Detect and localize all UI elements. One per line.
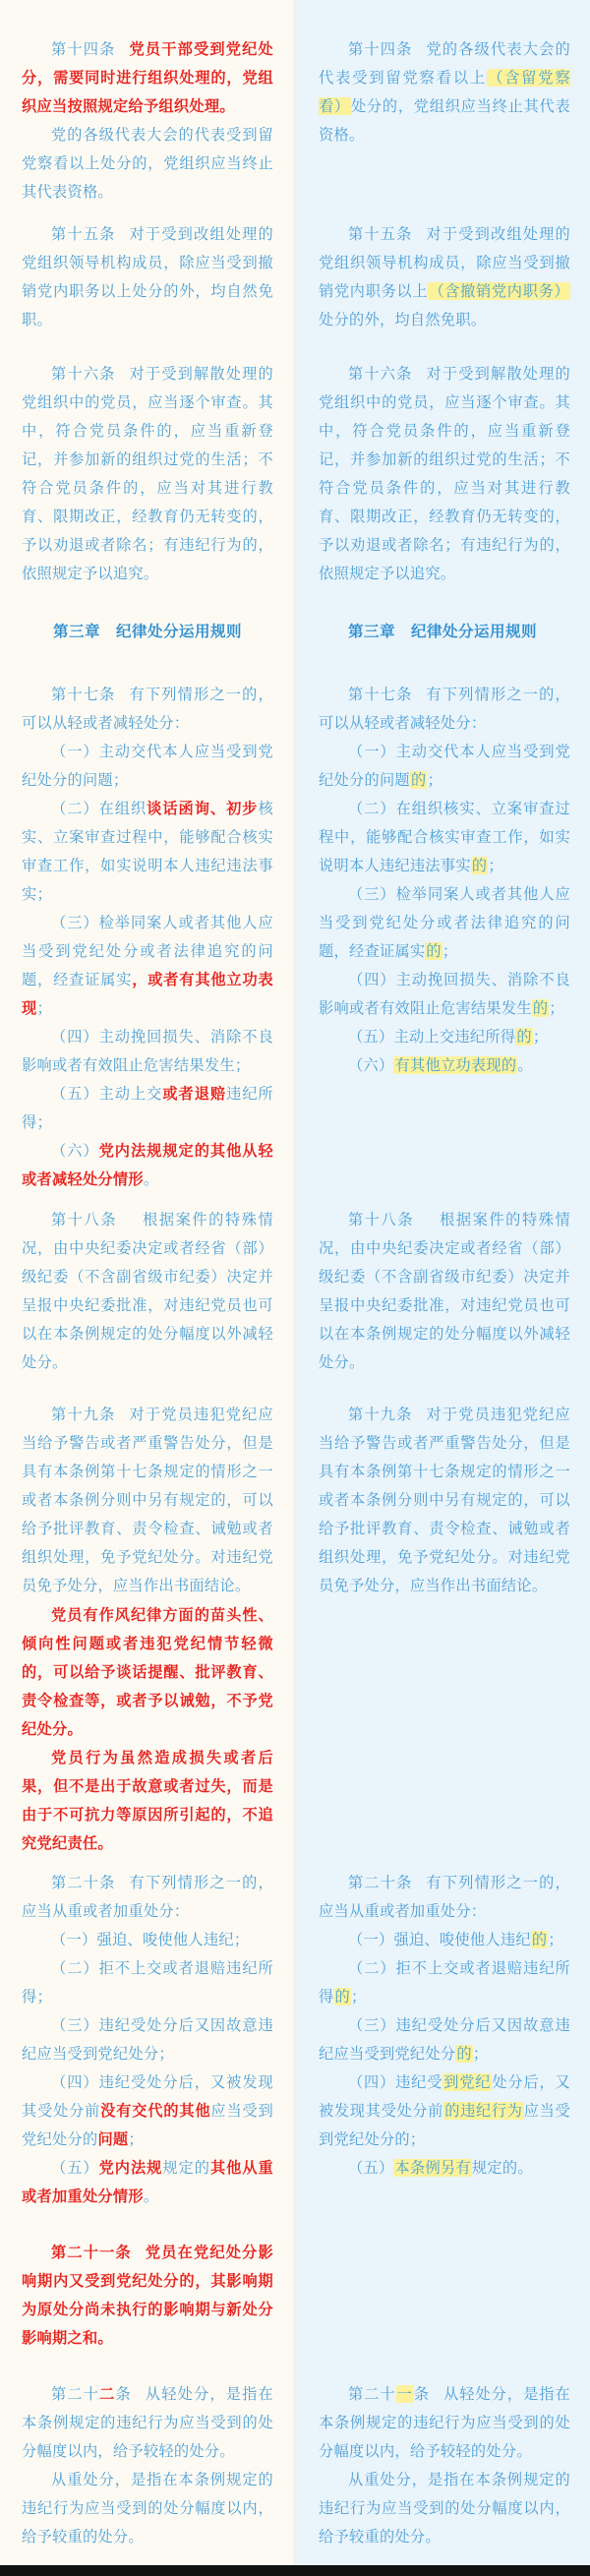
article-label: 第十九条 [348,1406,413,1423]
article-17-old-intro: 第十七条有下列情形之一的，可以从轻或者减轻处分： [319,681,570,738]
article-20-old-item-3: （三）违纪受处分后又因故意违纪应当受到党纪处分的； [319,2011,570,2068]
article-17-old-item-4: （四）主动挽回损失、消除不良影响或者有效阻止危害结果发生的； [319,966,570,1023]
article-label: 第十四条 [51,40,116,58]
article-label: 第十九条 [51,1406,116,1423]
highlighted-text: 的 [455,2045,473,2063]
article-label: 第十五条 [51,225,116,243]
article-17-old-item-6: （六）有其他立功表现的。 [319,1051,570,1080]
article-text: 根据案件的特殊情况，由中央纪委决定或者经省（部）级纪委（不含副省级市纪委）决定并… [22,1211,273,1371]
article-21-old-p2: 从重处分，是指在本条例规定的违纪行为应当受到的处分幅度以内，给予较重的处分。 [319,2466,570,2551]
article-18-new: 第十八条根据案件的特殊情况，由中央纪委决定或者经省（部）级纪委（不含副省级市纪委… [22,1206,273,1377]
article-text: 对于受到解散处理的党组织中的党员，应当逐个审查。其中，符合党员条件的，应当重新登… [22,365,273,582]
item-text: （二）在组织核实、立案审查过程中，能够配合核实审查工作，如实说明本人违纪违法事实 [319,800,570,874]
article-18-old: 第十八条根据案件的特殊情况，由中央纪委决定或者经省（部）级纪委（不含副省级市纪委… [319,1206,570,1377]
article-15-new: 第十五条对于受到改组处理的党组织领导机构成员，除应当受到撤销党内职务以上处分的外… [22,220,273,334]
article-20-old-item-2: （二）拒不上交或者退赔违纪所得的； [319,1954,570,2011]
article-17-new-intro: 第十七条有下列情形之一的，可以从轻或者减轻处分： [22,681,273,738]
article-label: 第十八条 [51,1211,117,1228]
highlighted-text: 本条例另有 [393,2159,471,2177]
item-text: ； [351,1988,367,2006]
article-17-old-item-1: （一）主动交代本人应当受到党纪处分的问题的； [319,738,570,795]
highlighted-number: 一 [396,2385,414,2403]
article-17-new-item-1: （一）主动交代本人应当受到党纪处分的问题； [22,738,273,795]
article-19-new-p3: 党员行为虽然造成损失或者后果，但不是出于故意或者过失，而是由于不可抗力等原因所引… [22,1744,273,1858]
article-label: 第二十二条 [51,2385,132,2403]
item-text: 规定的 [162,2159,210,2177]
highlighted-text: 的 [334,1988,352,2006]
item-text: ； [427,771,442,789]
article-20-new-intro: 第二十条有下列情形之一的，应当从重或者加重处分： [22,1869,273,1926]
article-text: 处分的外，均自然免职。 [319,311,486,329]
added-text: 问题 [97,2130,128,2148]
article-label: 第十六条 [51,365,116,383]
item-text: ； [473,2045,489,2063]
article-20-new-item-4: （四）违纪受处分后，又被发现其受处分前没有交代的其他应当受到党纪处分的问题； [22,2068,273,2154]
highlighted-text: 的 [532,999,550,1017]
item-text: （三）违纪受处分后又因故意违纪应当受到党纪处分 [319,2016,570,2063]
article-label: 第二十一条 [348,2385,430,2403]
article-label: 第二十一条 [51,2244,132,2261]
highlighted-text: 的 [410,771,428,789]
item-text: （五）主动上交违纪所得 [348,1028,515,1046]
article-text: 对于党员违犯党纪应当给予警告或者严重警告处分，但是具有本条例第十七条规定的情形之… [22,1406,273,1594]
article-17-new-item-2: （二）在组织谈话函询、初步核实、立案审查过程中，能够配合核实审查工作，如实说明本… [22,795,273,909]
article-15-old: 第十五条对于受到改组处理的党组织领导机构成员，除应当受到撤销党内职务以上（含撤销… [319,220,570,334]
item-text: ； [549,999,564,1017]
item-text: （五）主动上交 [51,1085,162,1103]
highlighted-text: 的 [531,1931,549,1948]
highlighted-text: （含撤销党内职务） [428,282,570,300]
article-label: 第二十条 [348,1874,413,1891]
article-17-new-item-4: （四）主动挽回损失、消除不良影响或者有效阻止危害结果发生； [22,1023,273,1080]
item-text: （一）主动交代本人应当受到党纪处分的问题 [319,743,570,789]
article-17-new-item-5: （五）主动上交或者退赔违纪所得； [22,1080,273,1137]
article-19-new: 第十九条对于党员违犯党纪应当给予警告或者严重警告处分，但是具有本条例第十七条规定… [22,1401,273,1600]
article-17-new-item-3: （三）检举同案人或者其他人应当受到党纪处分或者法律追究的问题，经查证属实，或者有… [22,909,273,1023]
article-text: 对于受到解散处理的党组织中的党员，应当逐个审查。其中，符合党员条件的，应当重新登… [319,365,570,582]
label-part: 第二十 [348,2385,396,2403]
article-text: 处分的，党组织应当终止其代表资格。 [319,97,570,144]
article-21-old: 第二十一条从轻处分，是指在本条例规定的违纪行为应当受到的处分幅度以内，给予较轻的… [319,2380,570,2466]
article-14-old: 第十四条党的各级代表大会的代表受到留党察看以上（含留党察看）处分的，党组织应当终… [319,35,570,150]
article-20-old-intro: 第二十条有下列情形之一的，应当从重或者加重处分： [319,1869,570,1926]
added-text: 谈话函询、初步 [147,800,258,817]
item-text: （四）违纪受 [348,2073,442,2091]
article-20-new-item-2: （二）拒不上交或者退赔违纪所得； [22,1954,273,2011]
article-20-old-item-1: （一）强迫、唆使他人违纪的； [319,1926,570,1954]
item-text: ； [488,857,503,874]
article-label: 第十七条 [51,686,116,703]
item-text: ； [37,999,53,1017]
highlighted-text: 的 [515,1028,533,1046]
label-part: 条 [414,2385,430,2403]
article-label: 第十四条 [348,40,413,58]
article-text: 对于党员违犯党纪应当给予警告或者严重警告处分，但是具有本条例第十七条规定的情形之… [319,1406,570,1594]
article-19-new-p2: 党员有作风纪律方面的苗头性、倾向性问题或者违犯党纪情节轻微的，可以给予谈话提醒、… [22,1601,273,1744]
article-17-old-item-2: （二）在组织核实、立案审查过程中，能够配合核实审查工作，如实说明本人违纪违法事实… [319,795,570,880]
item-text: 。 [144,2187,159,2205]
item-text: 。 [144,1170,159,1188]
article-20-new-item-5: （五）党内法规规定的其他从重或者加重处分情形。 [22,2154,273,2211]
article-16-new: 第十六条对于受到解散处理的党组织中的党员，应当逐个审查。其中，符合党员条件的，应… [22,360,273,588]
article-text: 根据案件的特殊情况，由中央纪委决定或者经省（部）级纪委（不含副省级市纪委）决定并… [319,1211,570,1371]
item-text: （六） [348,1056,393,1074]
article-label: 第十八条 [348,1211,414,1228]
article-label: 第十七条 [348,686,413,703]
highlighted-text: 的 [471,857,489,874]
article-20-old-item-4: （四）违纪受到党纪处分后，又被发现其受处分前的违纪行为应当受到党纪处分的； [319,2068,570,2154]
added-text: 党内法规 [99,2159,163,2177]
article-21-new: 第二十一条党员在党纪处分影响期内又受到党纪处分的，其影响期为原处分尚未执行的影响… [22,2239,273,2353]
chapter-heading-old: 第三章 纪律处分运用规则 [295,620,590,641]
new-version-column: 第十四条党员干部受到党纪处分，需要同时进行组织处理的，党组织应当按照规定给予组织… [0,0,295,2565]
label-part: 条 [116,2385,132,2403]
article-22-new: 第二十二条从轻处分，是指在本条例规定的违纪行为应当受到的处分幅度以内，给予较轻的… [22,2380,273,2466]
article-20-old-item-5: （五）本条例另有规定的。 [319,2154,570,2183]
item-text: 规定的。 [472,2159,533,2177]
article-16-old: 第十六条对于受到解散处理的党组织中的党员，应当逐个审查。其中，符合党员条件的，应… [319,360,570,588]
item-text: 。 [517,1056,533,1074]
item-text: （二）在组织 [51,800,147,817]
article-14-new: 第十四条党员干部受到党纪处分，需要同时进行组织处理的，党组织应当按照规定给予组织… [22,35,273,121]
article-14-new-p2: 党的各级代表大会的代表受到留党察看以上处分的，党组织应当终止其代表资格。 [22,121,273,207]
article-label: 第十五条 [348,225,413,243]
chapter-heading-new: 第三章 纪律处分运用规则 [0,620,295,641]
article-label: 第十六条 [348,365,413,383]
item-text: ； [442,942,458,960]
article-20-new-item-3: （三）违纪受处分后又因故意违纪应当受到党纪处分； [22,2011,273,2068]
label-part: 第二十 [51,2385,99,2403]
item-text: （六） [51,1142,99,1160]
highlighted-text: 到党纪 [442,2073,492,2091]
item-text: ； [548,1931,563,1948]
comparison-page: 第十四条党员干部受到党纪处分，需要同时进行组织处理的，党组织应当按照规定给予组织… [0,0,590,2565]
item-text: （一）强迫、唆使他人违纪 [348,1931,531,1948]
item-text: ； [533,1028,549,1046]
added-text: 或者退赔 [162,1085,226,1103]
article-19-old: 第十九条对于党员违犯党纪应当给予警告或者严重警告处分，但是具有本条例第十七条规定… [319,1401,570,1600]
article-17-old-item-5: （五）主动上交违纪所得的； [319,1023,570,1051]
highlighted-text: 的违纪行为 [443,2102,524,2120]
article-22-new-p2: 从重处分，是指在本条例规定的违纪行为应当受到的处分幅度以内，给予较重的处分。 [22,2466,273,2551]
added-text: 没有交代的其他 [100,2102,210,2120]
item-text: （五） [348,2159,393,2177]
article-label: 第二十条 [51,1874,116,1891]
changed-number: 二 [99,2385,115,2403]
article-17-old-item-3: （三）检举同案人或者其他人应当受到党纪处分或者法律追究的问题，经查证属实的； [319,880,570,966]
highlighted-text: 的 [425,942,442,960]
item-text: ； [128,2130,144,2148]
bottom-edge [0,2565,590,2576]
article-17-new-item-6: （六）党内法规规定的其他从轻或者减轻处分情形。 [22,1137,273,1194]
old-version-column: 第十四条党的各级代表大会的代表受到留党察看以上（含留党察看）处分的，党组织应当终… [295,0,590,2565]
item-text: （五） [51,2159,99,2177]
article-20-new-item-1: （一）强迫、唆使他人违纪； [22,1926,273,1954]
highlighted-text: 有其他立功表现的 [393,1056,517,1074]
